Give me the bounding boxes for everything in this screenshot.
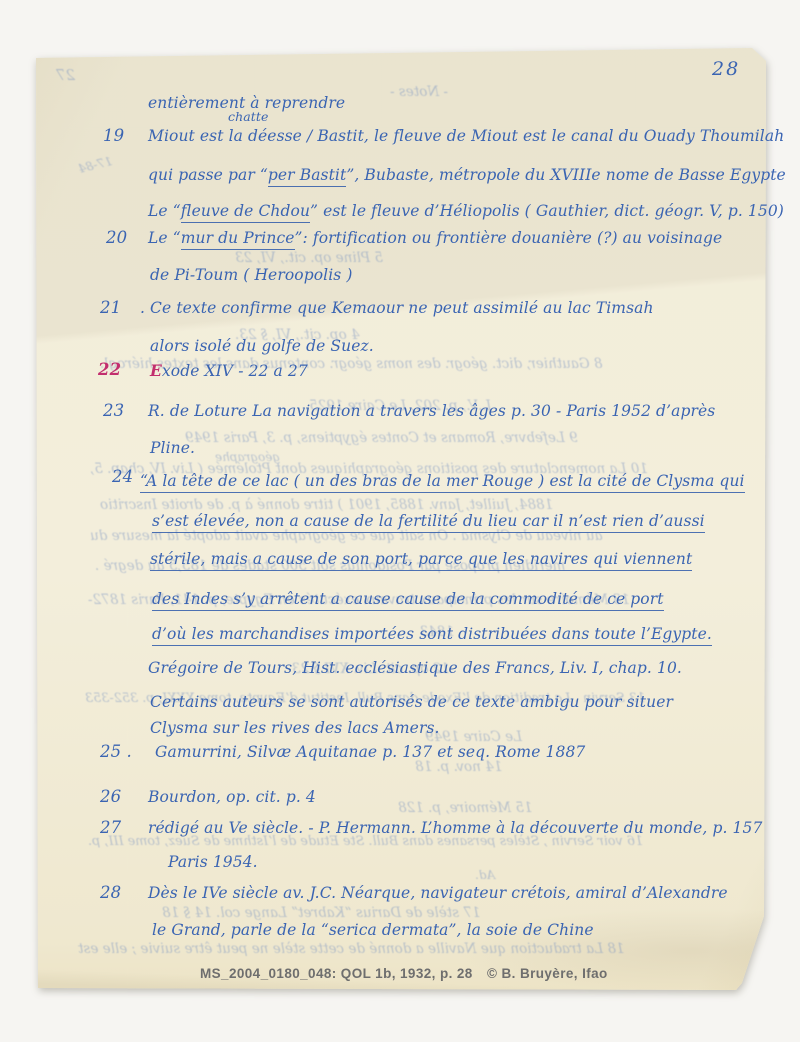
archive-id-caption: MS_2004_0180_048: QOL 1b, 1932, p. 28: [200, 966, 473, 981]
note-22-line-1: Exode XIV - 22 a 27: [150, 361, 308, 380]
page-number: 28: [712, 58, 740, 80]
note-27-line-2: Paris 1954.: [168, 853, 258, 871]
note-24-line-5: d’où les marchandises importées sont dis…: [152, 625, 712, 643]
note-24-line-1: “A la tête de ce lac ( un des bras de la…: [140, 472, 745, 490]
note-23-line-2: Pline.: [150, 439, 195, 457]
note-number-27: 27: [100, 818, 121, 837]
note-20-line-1: Le “mur du Prince”: fortification ou fro…: [148, 229, 722, 247]
note-number-20: 20: [106, 228, 127, 247]
note-19-line-2: qui passe par “per Bastit”, Bubaste, mét…: [148, 166, 786, 184]
note-19-line-3: Le “fleuve de Chdou” est le fleuve d’Hél…: [148, 202, 784, 220]
bleedthrough-line: 5 Pline op. cit., VI, 23: [235, 250, 383, 266]
note-28-line-1: Dès le IVe siècle av. J.C. Néarque, navi…: [148, 884, 728, 902]
note-21-line-1: . Ce texte confirme que Kemaour ne peut …: [140, 299, 654, 317]
note-24-line-4: des Indes s’y arrêtent a cause cause de …: [152, 590, 664, 608]
note-24-line-6: Grégoire de Tours, Hist. ecclésiastique …: [148, 659, 682, 677]
note-24-line-8: Clysma sur les rives des lacs Amers.: [150, 719, 440, 737]
bleedthrough-line: Ad.: [475, 868, 495, 882]
scanned-manuscript-view: - Notes - 17-84 5 Pline op. cit., VI, 23…: [0, 0, 800, 1042]
bleedthrough-line: 17 stèle de Darius “Kabret” Lange col. 1…: [162, 905, 481, 921]
bleedthrough-line: 9 Lefebvre, Romans et Contes égyptiens, …: [185, 430, 578, 446]
note-25-line-1: Gamurrini, Silvæ Aquitanae p. 137 et seq…: [155, 743, 585, 761]
note-19-line-1: Miout est la déesse / Bastit, le fleuve …: [148, 127, 784, 145]
bleedthrough-verso-title: - Notes -: [390, 84, 448, 100]
note-24-line-3: stérile, mais a cause de son port, parce…: [150, 550, 692, 568]
note-number-23: 23: [103, 401, 124, 420]
note-number-22: 22: [98, 360, 121, 379]
note-20-line-2: de Pi-Toum ( Heroopolis ): [150, 266, 353, 284]
note-number-28: 28: [100, 883, 121, 902]
note-21-line-2: alors isolé du golfe de Suez.: [150, 337, 374, 355]
note-19-insertion: chatte: [228, 109, 269, 124]
bleedthrough-line: 1884, Juillet, Janv. 1885, 1901 ) titre …: [100, 497, 553, 513]
bleedthrough-line: 15 Mémoire, p. 128: [398, 800, 533, 816]
note-26-line-1: Bourdon, op. cit. p. 4: [148, 788, 316, 806]
note-22-red-initial: E: [150, 361, 162, 380]
note-23-line-1: R. de Loture La navigation a travers les…: [148, 402, 715, 420]
verso-page-number: 27: [56, 66, 75, 84]
note-number-19: 19: [103, 126, 124, 145]
note-number-24: 24: [112, 467, 133, 486]
note-27-line-1: rédigé au Ve siècle. - P. Hermann. L’hom…: [148, 819, 762, 837]
note-28-line-2: le Grand, parle de la “serica dermata”, …: [152, 921, 594, 939]
note-number-26: 26: [100, 787, 121, 806]
note-number-21: 21: [100, 298, 121, 317]
bleedthrough-line: 14 nov. p. 18: [415, 759, 502, 775]
note-24-line-2: s’est élevée, non a cause de la fertilit…: [152, 512, 705, 530]
note-number-25: 25 .: [100, 742, 132, 761]
copyright-caption: © B. Bruyère, Ifao: [487, 966, 608, 981]
bleedthrough-line: 18 La traduction que Naville a donné de …: [78, 941, 625, 957]
note-24-line-7: Certains auteurs se sont autorisés de ce…: [150, 693, 673, 711]
